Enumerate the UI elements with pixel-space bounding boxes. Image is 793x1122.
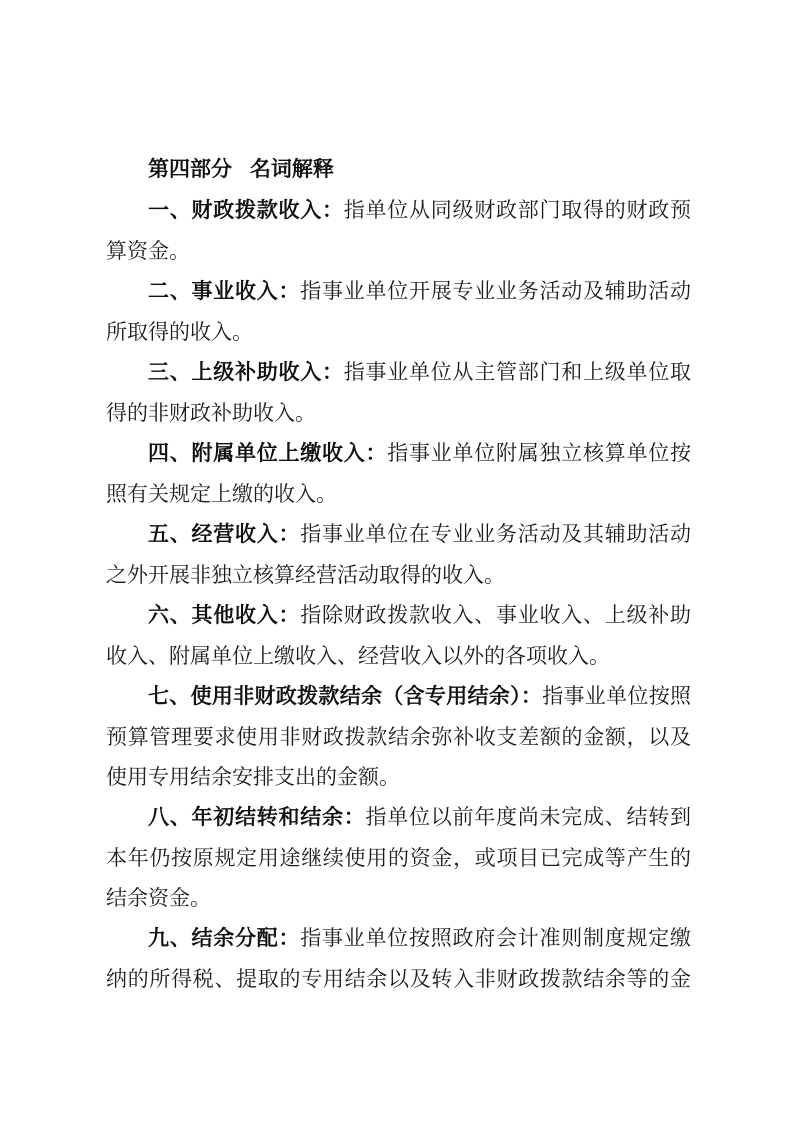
term-label: 九、结余分配： <box>148 927 300 950</box>
definition-paragraph: 三、上级补助收入：指事业单位从主管部门和上级单位取得的非财政补助收入。 <box>106 352 691 433</box>
term-label: 一、财政拨款收入： <box>148 199 344 222</box>
definition-paragraph: 二、事业收入：指事业单位开展专业业务活动及辅助活动所取得的收入。 <box>106 271 691 352</box>
definition-paragraph: 六、其他收入：指除财政拨款收入、事业收入、上级补助收入、附属单位上缴收入、经营收… <box>106 595 691 676</box>
definition-paragraph: 八、年初结转和结余：指单位以前年度尚未完成、结转到本年仍按原规定用途继续使用的资… <box>106 797 691 918</box>
definition-paragraph: 一、财政拨款收入：指单位从同级财政部门取得的财政预算资金。 <box>106 190 691 271</box>
section-title: 第四部分 名词解释 <box>106 150 691 190</box>
term-label: 二、事业收入： <box>148 280 300 303</box>
definition-paragraph: 七、使用非财政拨款结余（含专用结余）：指事业单位按照预算管理要求使用非财政拨款结… <box>106 676 691 797</box>
term-label: 三、上级补助收入： <box>148 361 344 384</box>
definition-list: 一、财政拨款收入：指单位从同级财政部门取得的财政预算资金。 二、事业收入：指事业… <box>106 190 691 999</box>
term-label: 七、使用非财政拨款结余（含专用结余）： <box>148 685 542 708</box>
term-label: 八、年初结转和结余： <box>148 806 366 829</box>
definition-paragraph: 四、附属单位上缴收入：指事业单位附属独立核算单位按照有关规定上缴的收入。 <box>106 433 691 514</box>
definition-paragraph: 九、结余分配：指事业单位按照政府会计准则制度规定缴纳的所得税、提取的专用结余以及… <box>106 918 691 999</box>
term-label: 四、附属单位上缴收入： <box>148 442 387 465</box>
term-label: 五、经营收入： <box>148 523 300 546</box>
document-page: 第四部分 名词解释 一、财政拨款收入：指单位从同级财政部门取得的财政预算资金。 … <box>0 0 793 1122</box>
term-label: 六、其他收入： <box>148 604 300 627</box>
definition-paragraph: 五、经营收入：指事业单位在专业业务活动及其辅助活动之外开展非独立核算经营活动取得… <box>106 514 691 595</box>
document-content: 第四部分 名词解释 一、财政拨款收入：指单位从同级财政部门取得的财政预算资金。 … <box>106 150 691 999</box>
